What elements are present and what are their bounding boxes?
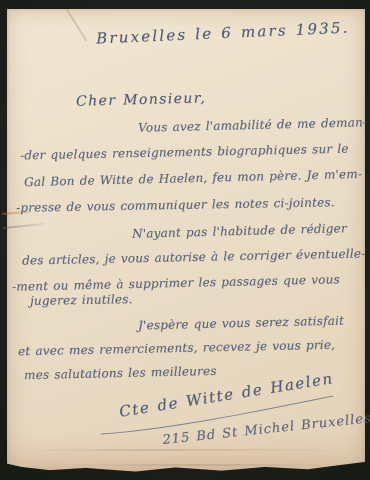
paper-crease: [54, 0, 87, 42]
paper-crease: [67, 464, 327, 466]
letter-photo: Bruxelles le 6 mars 1935. Cher Monsieur,…: [0, 0, 370, 480]
salutation: Cher Monsieur,: [76, 90, 206, 109]
paper-crease: [27, 449, 347, 451]
letter-line: jugerez inutiles.: [30, 292, 133, 308]
